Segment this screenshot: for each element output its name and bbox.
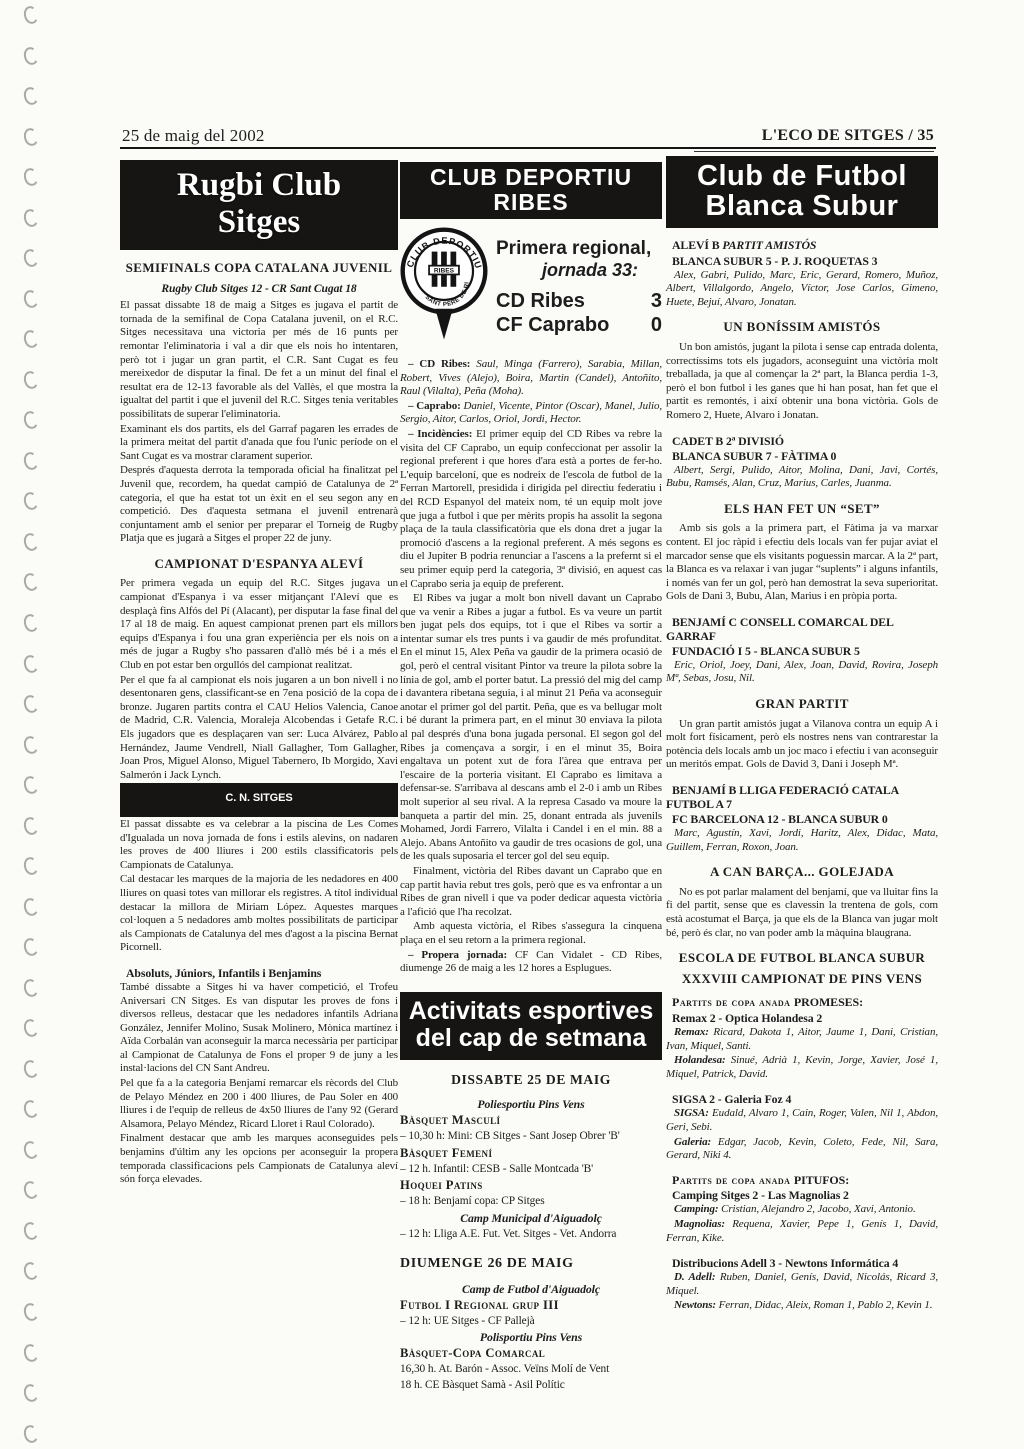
article-heading: SEMIFINALS COPA CATALANA JUVENIL xyxy=(120,261,398,275)
section-heading: ESCOLA DE FUTBOL BLANCA SUBUR xyxy=(666,951,938,965)
binding-hole-mark xyxy=(22,572,40,593)
binding-hole-mark xyxy=(22,491,40,512)
binding-hole-mark xyxy=(22,531,40,552)
section-heading: A CAN BARÇA... GOLEJADA xyxy=(666,865,938,879)
binding-hole-mark xyxy=(22,1058,40,1079)
fixture-line: – 18 h: Benjamí copa: CP Sitges xyxy=(400,1194,662,1209)
binding-hole-mark xyxy=(22,775,40,796)
fixture-line: – 12 h: UE Sitges - CF Pallejà xyxy=(400,1314,662,1329)
rugbi-article-body: SEMIFINALS COPA CATALANA JUVENILRugby Cl… xyxy=(120,261,398,1187)
binding-hole-mark xyxy=(22,45,40,66)
binding-hole-mark xyxy=(22,369,40,390)
article-paragraph: Per primera vegada un equip del R.C. Sit… xyxy=(120,577,398,672)
away-score-row: CF Caprabo 0 xyxy=(496,313,662,337)
binding-hole-mark xyxy=(22,1302,40,1323)
player-list: Albert, Sergi, Pulido, Aitor, Molina, Da… xyxy=(666,464,938,491)
binding-hole-mark xyxy=(22,1139,40,1160)
sport-heading: Bàsquet Masculí xyxy=(400,1113,662,1128)
banner-line: Blanca Subur xyxy=(666,191,938,221)
team-scorers: SIGSA: Eudald, Alvaro 1, Cain, Roger, Va… xyxy=(666,1107,938,1134)
section-heading: UN BONÍSSIM AMISTÓS xyxy=(666,320,938,334)
team-scorers: Holandesa: Sinué, Adrià 1, Kevin, Jorge,… xyxy=(666,1054,938,1081)
day-heading: DISSABTE 25 DE MAIG xyxy=(400,1073,662,1087)
venue-name: Camp Municipal d'Aiguadolç xyxy=(400,1211,662,1226)
binding-hole-mark xyxy=(22,1099,40,1120)
ribes-match-report: – CD Ribes: Saul, Minga (Farrero), Sarab… xyxy=(400,358,662,976)
fixture-line: – 12 h. Infantil: CESB - Salle Montcada … xyxy=(400,1162,662,1177)
home-team: CD Ribes xyxy=(496,289,585,313)
binding-hole-mark xyxy=(22,329,40,350)
header-rule xyxy=(120,147,936,149)
labeled-paragraph: – Incidències: El primer equip del CD Ri… xyxy=(400,428,662,591)
cup-round-heading: Partits de copa anada PROMESES: xyxy=(666,996,938,1010)
match-scoreboard: CLUB DEPORTIU RIBES SANT PERE DE RIBES xyxy=(400,227,662,348)
team-scorers: Magnolias: Requena, Xavier, Pepe 1, Gení… xyxy=(666,1218,938,1245)
banner-line: Rugbi Club xyxy=(120,167,398,204)
article-paragraph: També dissabte a Sitges hi va haver comp… xyxy=(120,981,398,1076)
team-scorers: D. Adell: Ruben, Daniel, Genís, David, N… xyxy=(666,1271,938,1298)
match-headline: BLANCA SUBUR 7 - FÀTIMA 0 xyxy=(666,449,938,463)
sport-heading: Bàsquet-Copa Comarcal xyxy=(400,1346,662,1361)
team-scorers: Remax: Ricard, Dakota 1, Aitor, Jaume 1,… xyxy=(666,1026,938,1053)
weekend-schedule: DISSABTE 25 DE MAIGPoliesportiu Pins Ven… xyxy=(400,1073,662,1394)
binding-hole-mark xyxy=(22,734,40,755)
venue-name: Poliesportiu Pins Vens xyxy=(400,1097,662,1112)
sport-heading: Bàsquet Femení xyxy=(400,1146,662,1161)
player-list: Alex, Gabri, Pulido, Marc, Eric, Gerard,… xyxy=(666,269,938,310)
club-deportiu-ribes-banner: CLUB DEPORTIU RIBES xyxy=(400,162,662,219)
team-lineup: – Caprabo: Daniel, Vicente, Pintor (Osca… xyxy=(400,400,662,427)
match-headline: Camping Sitges 2 - Las Magnolias 2 xyxy=(666,1188,938,1202)
competition-name: Primera regional, xyxy=(496,238,662,259)
binding-hole-mark xyxy=(22,613,40,634)
binding-hole-mark xyxy=(22,126,40,147)
binding-hole-mark xyxy=(22,207,40,228)
venue-name: Polisportiu Pins Vens xyxy=(400,1330,662,1345)
binding-hole-mark xyxy=(22,288,40,309)
team-lineup: – CD Ribes: Saul, Minga (Farrero), Sarab… xyxy=(400,358,662,399)
article-paragraph: Cal destacar les marques de la majoria d… xyxy=(120,873,398,955)
match-headline: SIGSA 2 - Galeria Foz 4 xyxy=(666,1092,938,1106)
sport-heading: Futbol I Regional grup III xyxy=(400,1298,662,1313)
article-paragraph: Per el que fa al campionat els nois juga… xyxy=(120,674,398,783)
binding-hole-mark xyxy=(22,815,40,836)
masthead-rule xyxy=(694,151,934,152)
fixture-line: – 12 h: Lliga A.E. Fut. Vet. Sitges - Ve… xyxy=(400,1227,662,1242)
column-rugbi-club-sitges: Rugbi Club Sitges SEMIFINALS COPA CATALA… xyxy=(120,160,398,1188)
fixture-line: 16,30 h. At. Barón - Assoc. Veïns Molí d… xyxy=(400,1362,662,1377)
match-headline: BLANCA SUBUR 5 - P. J. ROQUETAS 3 xyxy=(666,254,938,268)
labeled-paragraph: – Propera jornada: CF Can Vidalet - CD R… xyxy=(400,949,662,976)
newspaper-masthead: L'ECO DE SITGES / 35 xyxy=(762,127,934,145)
rugbi-club-sitges-banner: Rugbi Club Sitges xyxy=(120,160,398,250)
fixture-line: 18 h. CE Bàsquet Samà - Asil Polític xyxy=(400,1378,662,1393)
banner-line: del cap de setmana xyxy=(400,1025,662,1052)
match-headline: BENJAMÍ C CONSELL COMARCAL DEL GARRAF xyxy=(666,615,938,643)
article-paragraph: Amb sis gols a la primera part, el Fàtim… xyxy=(666,522,938,604)
binding-hole-mark xyxy=(22,86,40,107)
article-heading: CAMPIONAT D'ESPANYA ALEVÍ xyxy=(120,557,398,571)
article-paragraph: Després d'aquesta derrota la temporada o… xyxy=(120,464,398,546)
away-score: 0 xyxy=(651,313,662,337)
binding-hole-mark xyxy=(22,410,40,431)
banner-line: Activitats esportives xyxy=(400,998,662,1025)
category-title: ALEVÍ B PARTIT AMISTÓS xyxy=(666,239,938,253)
cup-round-heading: Partits de copa anada PITUFOS: xyxy=(666,1174,938,1188)
match-headline: CADET B 2ª DIVISIÓ xyxy=(666,434,938,448)
article-paragraph: El passat dissabte 18 de maig a Sitges e… xyxy=(120,299,398,421)
binding-hole-mark xyxy=(22,5,40,26)
team-scorers: Camping: Cristian, Alejandro 2, Jacobo, … xyxy=(666,1203,938,1217)
day-heading: DIUMENGE 26 DE MAIG xyxy=(400,1257,662,1271)
column-club-deportiu-ribes: CLUB DEPORTIU RIBES CLUB DEPORTIU xyxy=(400,162,662,1395)
cf-blanca-subur-banner: Club de Futbol Blanca Subur xyxy=(666,156,938,228)
binding-hole-mark xyxy=(22,450,40,471)
section-heading: XXXVIII CAMPIONAT DE PINS VENS xyxy=(666,972,938,986)
binding-hole-mark xyxy=(22,167,40,188)
article-paragraph: El passat dissabte es va celebrar a la p… xyxy=(120,818,398,872)
binding-hole-mark xyxy=(22,1342,40,1363)
binding-hole-mark xyxy=(22,977,40,998)
activitats-esportives-banner: Activitats esportives del cap de setmana xyxy=(400,992,662,1060)
cn-sitges-banner: C. N. SITGES xyxy=(120,783,398,817)
match-info: Primera regional, jornada 33: CD Ribes 3… xyxy=(496,238,662,337)
article-paragraph: No es pot parlar malament del benjamí, q… xyxy=(666,886,938,940)
article-paragraph: Finalment, victòria del Ribes davant un … xyxy=(400,865,662,919)
banner-line: Club de Futbol xyxy=(666,161,938,191)
match-headline: FUNDACIÓ I 5 - BLANCA SUBUR 5 xyxy=(666,644,938,658)
round-number: jornada 33: xyxy=(496,259,662,281)
article-paragraph: Pel que fa a la categoria Benjamí remarc… xyxy=(120,1077,398,1131)
blanca-subur-reports: ALEVÍ B PARTIT AMISTÓSBLANCA SUBUR 5 - P… xyxy=(666,239,938,1313)
match-headline: Distribucions Adell 3 - Newtons Informát… xyxy=(666,1256,938,1270)
home-score-row: CD Ribes 3 xyxy=(496,289,662,313)
match-headline: BENJAMÍ B LLIGA FEDERACIÓ CATALA FUTBOL … xyxy=(666,783,938,811)
team-scorers: Newtons: Ferran, Didac, Aleix, Roman 1, … xyxy=(666,1299,938,1313)
article-paragraph: El Ribes va jugar a molt bon nivell dava… xyxy=(400,592,662,864)
binding-hole-mark xyxy=(22,248,40,269)
cd-ribes-crest-icon: CLUB DEPORTIU RIBES SANT PERE DE RIBES xyxy=(400,227,488,348)
binding-hole-mark xyxy=(22,694,40,715)
away-team: CF Caprabo xyxy=(496,313,609,337)
binding-hole-mark xyxy=(22,896,40,917)
banner-line: Sitges xyxy=(120,204,398,241)
section-heading: GRAN PARTIT xyxy=(666,697,938,711)
page-date: 25 de maig del 2002 xyxy=(122,126,265,146)
match-headline: FC BARCELONA 12 - BLANCA SUBUR 0 xyxy=(666,812,938,826)
article-paragraph: Un gran partit amistós jugat a Vilanova … xyxy=(666,718,938,772)
binding-hole-mark xyxy=(22,1423,40,1444)
article-paragraph: Amb aquesta victòria, el Ribes s'assegur… xyxy=(400,920,662,947)
swim-subhead: Absoluts, Júniors, Infantils i Benjamins xyxy=(120,966,398,980)
binding-hole-mark xyxy=(22,937,40,958)
binding-hole-mark xyxy=(22,856,40,877)
spiral-binding-marks xyxy=(24,6,42,1443)
score-table: CD Ribes 3 CF Caprabo 0 xyxy=(496,289,662,337)
binding-hole-mark xyxy=(22,1221,40,1242)
match-headline: Remax 2 - Optica Holandesa 2 xyxy=(666,1011,938,1025)
column-cf-blanca-subur: Club de Futbol Blanca Subur ALEVÍ B PART… xyxy=(666,156,938,1314)
binding-hole-mark xyxy=(22,653,40,674)
article-paragraph: Finalment destacar que amb les marques a… xyxy=(120,1132,398,1186)
player-list: Eric, Oriol, Joey, Dani, Alex, Joan, Dav… xyxy=(666,659,938,686)
binding-hole-mark xyxy=(22,1180,40,1201)
article-paragraph: Examinant els dos partits, els del Garra… xyxy=(120,423,398,464)
match-result-line: Rugby Club Sitges 12 - CR Sant Cugat 18 xyxy=(120,282,398,296)
section-heading: ELS HAN FET UN “SET” xyxy=(666,502,938,516)
venue-name: Camp de Futbol d'Aiguadolç xyxy=(400,1282,662,1297)
sport-heading: Hoquei Patins xyxy=(400,1178,662,1193)
fixture-line: – 10,30 h: Mini: CB Sitges - Sant Josep … xyxy=(400,1129,662,1144)
binding-hole-mark xyxy=(22,1261,40,1282)
article-paragraph: Un bon amistós, jugant la pilota i sense… xyxy=(666,341,938,423)
newspaper-page: 25 de maig del 2002 L'ECO DE SITGES / 35… xyxy=(0,0,1024,1449)
home-score: 3 xyxy=(651,289,662,313)
svg-text:RIBES: RIBES xyxy=(434,268,455,275)
binding-hole-mark xyxy=(22,1018,40,1039)
binding-hole-mark xyxy=(22,1383,40,1404)
team-scorers: Galeria: Edgar, Jacob, Kevin, Coleto, Fe… xyxy=(666,1136,938,1163)
player-list: Marc, Agustín, Xavi, Jordi, Haritz, Alex… xyxy=(666,827,938,854)
